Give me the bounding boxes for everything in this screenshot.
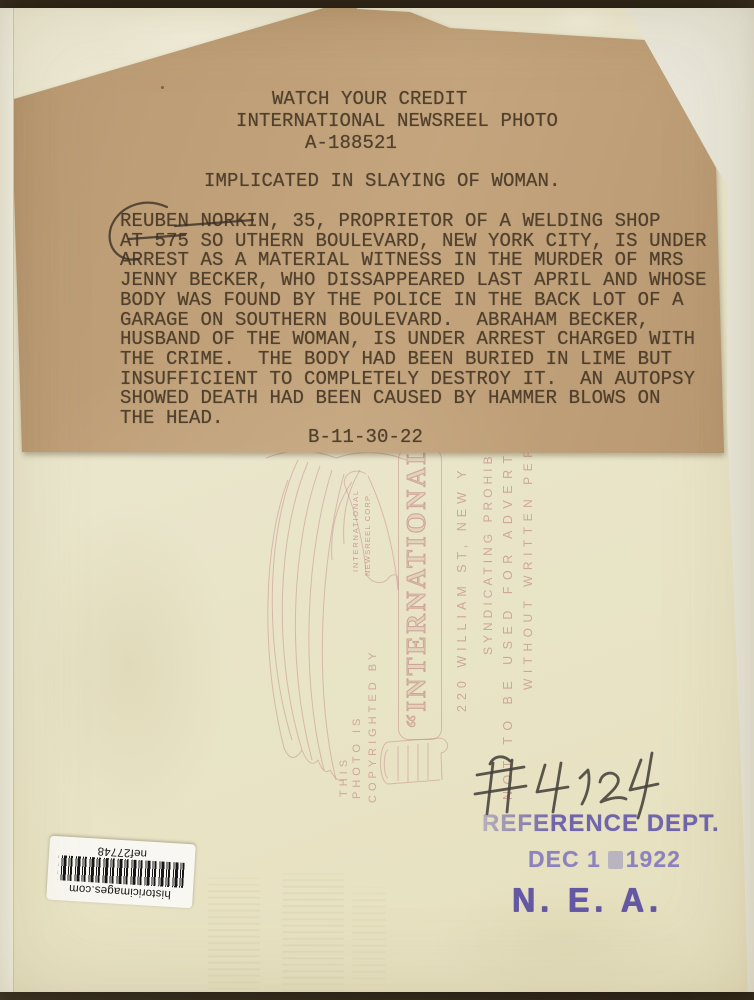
agency-credit-line: INTERNATIONAL NEWSREEL PHOTO — [236, 112, 558, 132]
caption-date-code: B-11-30-22 — [308, 428, 423, 448]
date-stamp-left: DEC 1 — [528, 846, 601, 873]
pen-mark — [95, 195, 275, 275]
nea-agency-stamp: N. E. A. — [512, 880, 663, 920]
caption-body-line: BODY WAS FOUND BY THE POLICE IN THE BACK… — [120, 291, 707, 311]
ink-smudge — [608, 851, 623, 869]
scan-edge-left — [0, 0, 14, 1000]
date-stamp-year: 1922 — [626, 846, 681, 873]
photo-back-scan: INTERNATIONAL NEWSREEL CORP. “INTERNATIO… — [0, 0, 754, 1000]
photo-number: A-188521 — [305, 134, 397, 154]
caption-body-line: THE CRIME. THE BODY HAD BEEN BURIED IN L… — [120, 350, 707, 370]
reference-dept-stamp: REFERENCE DEPT. — [482, 810, 720, 839]
dust-speck — [50, 12, 53, 15]
caption-headline: IMPLICATED IN SLAYING OF WOMAN. — [204, 172, 561, 192]
credit-warning-line: WATCH YOUR CREDIT — [272, 90, 468, 110]
date-received-stamp: DEC 1 1922 — [528, 846, 681, 873]
caption-body-line: HUSBAND OF THE WOMAN, IS UNDER ARREST CH… — [120, 330, 707, 350]
scan-edge-top — [0, 0, 754, 8]
dust-speck — [161, 86, 164, 89]
barcode-sticker: historicimages.com nef27748 — [46, 836, 196, 909]
scan-edge-bottom — [0, 992, 754, 1000]
